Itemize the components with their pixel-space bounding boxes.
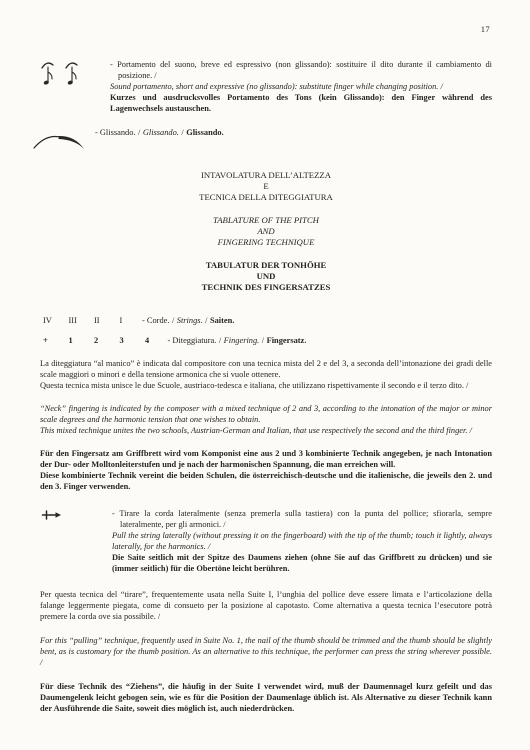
heading-italian: INTAVOLATURA DELL’ALTEZZA E TECNICA DELL… (40, 170, 492, 203)
string-numeral-iii: III (66, 315, 92, 326)
heading-german-line1: TABULATUR DER TONHÖHE (40, 260, 492, 271)
strings-label: - Corde./Strings./Saiten. (142, 315, 234, 326)
fingering-number-1: 1 (66, 335, 92, 346)
separator-slash: / (262, 336, 264, 345)
page-content: - Portamento del suono, breve ed espress… (40, 59, 492, 714)
fingering-number-4: 4 (142, 335, 168, 346)
neck-fingering-paragraph-german: Für den Fingersatz am Griffbrett wird vo… (40, 448, 492, 492)
strings-label-german: Saiten. (210, 316, 234, 325)
glissando-label-english: Glissando. (143, 128, 179, 137)
heading-german-line3: TECHNIK DES FINGERSATZES (40, 282, 492, 293)
portamento-text-german: Kurzes und ausdrucksvolles Portamento de… (110, 92, 492, 114)
portamento-text-english: Sound portamento, short and expressive (… (110, 81, 492, 92)
fingering-label: - Diteggiatura./Fingering./Fingersatz. (168, 335, 307, 346)
portamento-item: - Portamento del suono, breve ed espress… (40, 59, 492, 114)
score-notes-page: 17 (0, 0, 530, 750)
pull-string-item: - Tirare la corda lateralmente (senza pr… (40, 508, 492, 574)
pull-string-text-english: Pull the string laterally (without press… (112, 530, 492, 552)
separator-slash: / (172, 316, 174, 325)
glissando-notation-icon (40, 127, 95, 151)
pull-arrow-icon (40, 508, 112, 523)
string-numeral-ii: II (91, 315, 117, 326)
portamento-text-italian: - Portamento del suono, breve ed espress… (110, 59, 492, 81)
section-headings: INTAVOLATURA DELL’ALTEZZA E TECNICA DELL… (40, 170, 492, 293)
strings-label-english: Strings. (177, 316, 203, 325)
separator-slash: / (205, 316, 207, 325)
pulling-technique-paragraph-italian: Per questa tecnica del “tirare”, frequen… (40, 589, 492, 622)
glissando-label-german: Glissando. (186, 128, 223, 137)
glissando-label-italian: - Glissando. (95, 128, 135, 137)
fingering-row: + 1 2 3 4 - Diteggiatura./Fingering./Fin… (40, 335, 492, 346)
heading-german-line2: UND (40, 271, 492, 282)
neck-fingering-paragraph-english: “Neck” fingering is indicated by the com… (40, 403, 492, 436)
heading-italian-line1: INTAVOLATURA DELL’ALTEZZA (40, 170, 492, 181)
portamento-notation-icon (40, 59, 110, 94)
separator-slash: / (181, 128, 183, 137)
fingering-label-german: Fingersatz. (267, 336, 307, 345)
fingering-number-3: 3 (117, 335, 143, 346)
heading-italian-line3: TECNICA DELLA DITEGGIATURA (40, 192, 492, 203)
pulling-technique-paragraph-english: For this “pulling” technique, frequently… (40, 635, 492, 668)
glissando-item: - Glissando./Glissando./Glissando. (40, 127, 492, 151)
glissando-text: - Glissando./Glissando./Glissando. (95, 127, 492, 138)
heading-italian-line2: E (40, 181, 492, 192)
pull-string-text-german: Die Saite seitlich mit der Spitze des Da… (112, 552, 492, 574)
page-number: 17 (481, 24, 490, 35)
fingering-number-2: 2 (91, 335, 117, 346)
separator-slash: / (138, 128, 140, 137)
fingering-label-italian: - Diteggiatura. (168, 336, 217, 345)
heading-english-line3: FINGERING TECHNIQUE (40, 237, 492, 248)
fingering-label-english: Fingering. (224, 336, 260, 345)
heading-english-line1: TABLATURE OF THE PITCH (40, 215, 492, 226)
fingering-symbol-thumb: + (40, 335, 66, 346)
glissando-label: - Glissando./Glissando./Glissando. (95, 127, 492, 138)
pull-string-text-italian: - Tirare la corda lateralmente (senza pr… (112, 508, 492, 530)
portamento-text: - Portamento del suono, breve ed espress… (110, 59, 492, 114)
string-numeral-iv: IV (40, 315, 66, 326)
pulling-technique-paragraph-german: Für diese Technik des “Ziehens”, die häu… (40, 681, 492, 714)
heading-english: TABLATURE OF THE PITCH AND FINGERING TEC… (40, 215, 492, 248)
string-numeral-i: I (117, 315, 143, 326)
separator-slash: / (219, 336, 221, 345)
strings-label-italian: - Corde. (142, 316, 169, 325)
neck-fingering-paragraph-italian: La diteggiatura “al manico” è indicata d… (40, 358, 492, 391)
heading-german: TABULATUR DER TONHÖHE UND TECHNIK DES FI… (40, 260, 492, 293)
pull-string-text: - Tirare la corda lateralmente (senza pr… (112, 508, 492, 574)
heading-english-line2: AND (40, 226, 492, 237)
strings-row: IV III II I - Corde./Strings./Saiten. (40, 315, 492, 326)
